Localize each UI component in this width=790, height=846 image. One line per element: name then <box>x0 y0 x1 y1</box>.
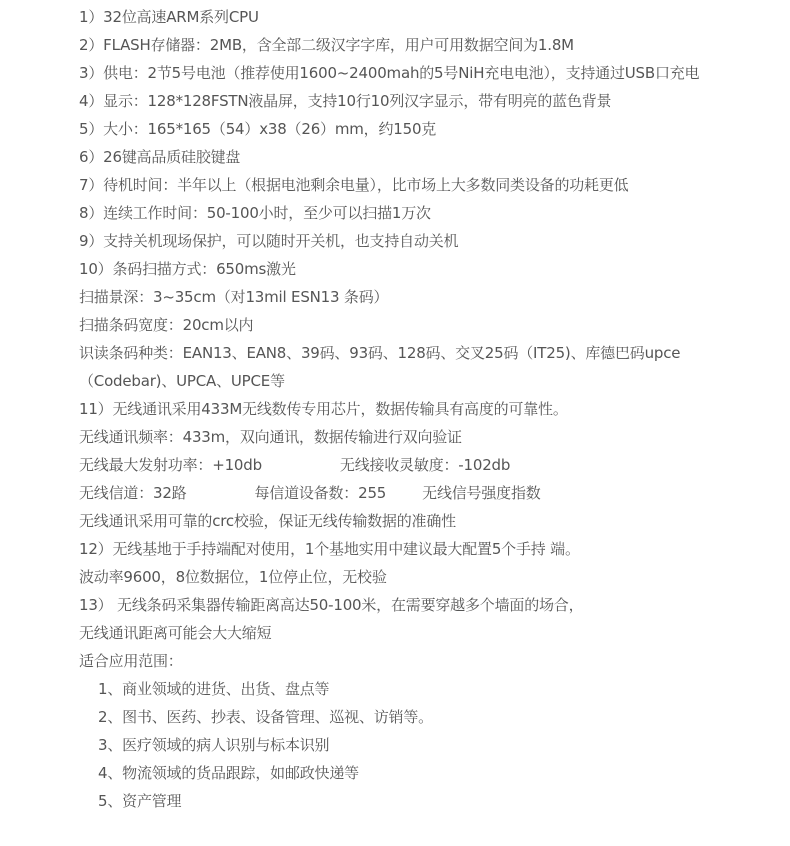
spec-line-barcode-types-cont: （Codebar)、UPCA、UPCE等 <box>79 367 790 395</box>
spec-line-wireless-channel: 无线信道：32路每信道设备数：255无线信号强度指数 <box>79 479 790 507</box>
spec-line-cpu: 1）32位高速ARM系列CPU <box>79 3 790 31</box>
spec-line-wireless-power: 无线最大发射功率：+10db无线接收灵敏度：-102db <box>79 451 790 479</box>
spec-line-scan-mode: 10）条码扫描方式：650ms激光 <box>79 255 790 283</box>
spec-line-power: 3）供电：2节5号电池（推荐使用1600~2400mah的5号NiH充电电池），… <box>79 59 790 87</box>
application-item: 4、物流领域的货品跟踪，如邮政快递等 <box>79 759 790 787</box>
channels-text: 无线信道：32路 <box>79 484 187 502</box>
spec-line-shutdown-protection: 9）支持关机现场保护，可以随时开关机，也支持自动关机 <box>79 227 790 255</box>
spec-line-range-note: 无线通讯距离可能会大大缩短 <box>79 619 790 647</box>
spec-line-size: 5）大小：165*165（54）x38（26）mm，约150克 <box>79 115 790 143</box>
application-item: 2、图书、医药、抄表、设备管理、巡视、访销等。 <box>79 703 790 731</box>
spec-line-wireless-frequency: 无线通讯频率：433m，双向通讯，数据传输进行双向验证 <box>79 423 790 451</box>
spec-line-display: 4）显示：128*128FSTN液晶屏，支持10行10列汉字显示，带有明亮的蓝色… <box>79 87 790 115</box>
product-spec-document: 1）32位高速ARM系列CPU 2）FLASH存储器：2MB，含全部二级汉字字库… <box>79 3 790 815</box>
rx-sensitivity-text: 无线接收灵敏度：-102db <box>340 456 510 474</box>
application-item: 1、商业领域的进货、出货、盘点等 <box>79 675 790 703</box>
spec-line-crc: 无线通讯采用可靠的crc校验，保证无线传输数据的准确性 <box>79 507 790 535</box>
devices-per-channel-text: 每信道设备数：255 <box>255 484 387 502</box>
spec-line-wireless-chip: 11）无线通讯采用433M无线数传专用芯片，数据传输具有高度的可靠性。 <box>79 395 790 423</box>
spec-line-flash: 2）FLASH存储器：2MB，含全部二级汉字字库，用户可用数据空间为1.8M <box>79 31 790 59</box>
spec-line-keyboard: 6）26键高品质硅胶键盘 <box>79 143 790 171</box>
spec-line-scan-width: 扫描条码宽度：20cm以内 <box>79 311 790 339</box>
application-item: 5、资产管理 <box>79 787 790 815</box>
spec-line-scan-depth: 扫描景深：3~35cm（对13mil ESN13 条码） <box>79 283 790 311</box>
applications-heading: 适合应用范围： <box>79 647 790 675</box>
signal-index-text: 无线信号强度指数 <box>422 484 540 502</box>
spec-line-standby: 7）待机时间：半年以上（根据电池剩余电量），比市场上大多数同类设备的功耗更低 <box>79 171 790 199</box>
spec-line-range: 13） 无线条码采集器传输距离高达50-100米，在需要穿越多个墙面的场合， <box>79 591 790 619</box>
application-item: 3、医疗领域的病人识别与标本识别 <box>79 731 790 759</box>
spec-line-working-time: 8）连续工作时间：50-100小时，至少可以扫描1万次 <box>79 199 790 227</box>
spec-line-barcode-types: 识读条码种类：EAN13、EAN8、39码、93码、128码、交叉25码（IT2… <box>79 339 790 367</box>
spec-line-baud-rate: 波动率9600，8位数据位，1位停止位，无校验 <box>79 563 790 591</box>
spec-line-base-pairing: 12）无线基地于手持端配对使用，1个基地实用中建议最大配置5个手持 端。 <box>79 535 790 563</box>
tx-power-text: 无线最大发射功率：+10db <box>79 456 262 474</box>
